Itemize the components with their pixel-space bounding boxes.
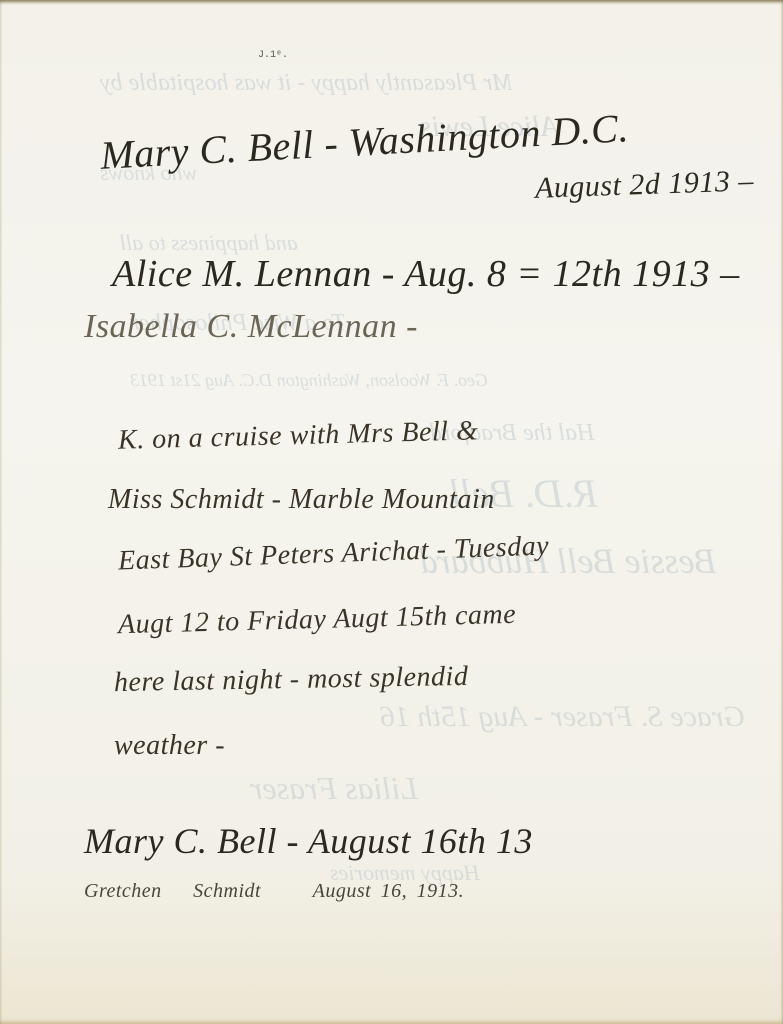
separator-dash: -: [382, 253, 404, 295]
entry-date: August 2d 1913 –: [534, 164, 754, 206]
trailing-dash: -: [406, 308, 418, 345]
entry-place: Washington D.C.: [347, 105, 629, 165]
entry-name: Isabella C. McLennan: [84, 308, 397, 345]
entry-signature-mary-bell: Mary C. Bell - Washington D.C.: [99, 104, 630, 179]
entry-name: Mary C. Bell: [84, 821, 277, 861]
trailing-dash: –: [720, 253, 740, 295]
note-line: K. on a cruise with Mrs Bell &: [118, 415, 479, 456]
entry-name: Mary C. Bell: [99, 122, 315, 178]
note-line: weather -: [114, 730, 225, 762]
bleed-through-text: Grace S. Fraser - Aug 15th 16: [380, 700, 745, 734]
entry-date: August 16th 13: [308, 821, 533, 861]
entry-name: Gretchen Schmidt: [84, 880, 261, 902]
entry-date: August 16, 1913.: [313, 880, 465, 902]
bleed-through-text: Lilias Fraser: [250, 770, 418, 807]
note-line: Miss Schmidt - Marble Mountain: [108, 484, 495, 516]
guestbook-page: Mr Pleasantly happy - it was hospitable …: [0, 0, 783, 1024]
closing-signature-gretchen-schmidt: Gretchen Schmidt August 16, 1913.: [84, 880, 464, 903]
closing-signature-mary-bell: Mary C. Bell - August 16th 13: [84, 820, 533, 862]
separator-dash: -: [286, 821, 307, 861]
entry-signature-isabella-mclennan: Isabella C. McLennan -: [84, 308, 418, 346]
note-line: Augt 12 to Friday Augt 15th came: [118, 599, 517, 641]
separator-dash: -: [323, 120, 350, 166]
entry-signature-alice-lennan: Alice M. Lennan - Aug. 8 = 12th 1913 –: [112, 252, 740, 296]
note-line: here last night - most splendid: [114, 661, 469, 699]
entry-date-text: August 2d 1913: [534, 165, 730, 205]
bleed-through-text: Geo. F. Woolson, Washington D.C. Aug 21s…: [130, 370, 488, 391]
entry-name: Alice M. Lennan: [112, 253, 372, 295]
trailing-dash: –: [738, 164, 755, 198]
corner-mark: J.1ᵉ.: [258, 50, 288, 61]
bleed-through-text: Mr Pleasantly happy - it was hospitable …: [100, 70, 513, 97]
entry-date-range: Aug. 8 = 12th 1913: [404, 253, 710, 295]
